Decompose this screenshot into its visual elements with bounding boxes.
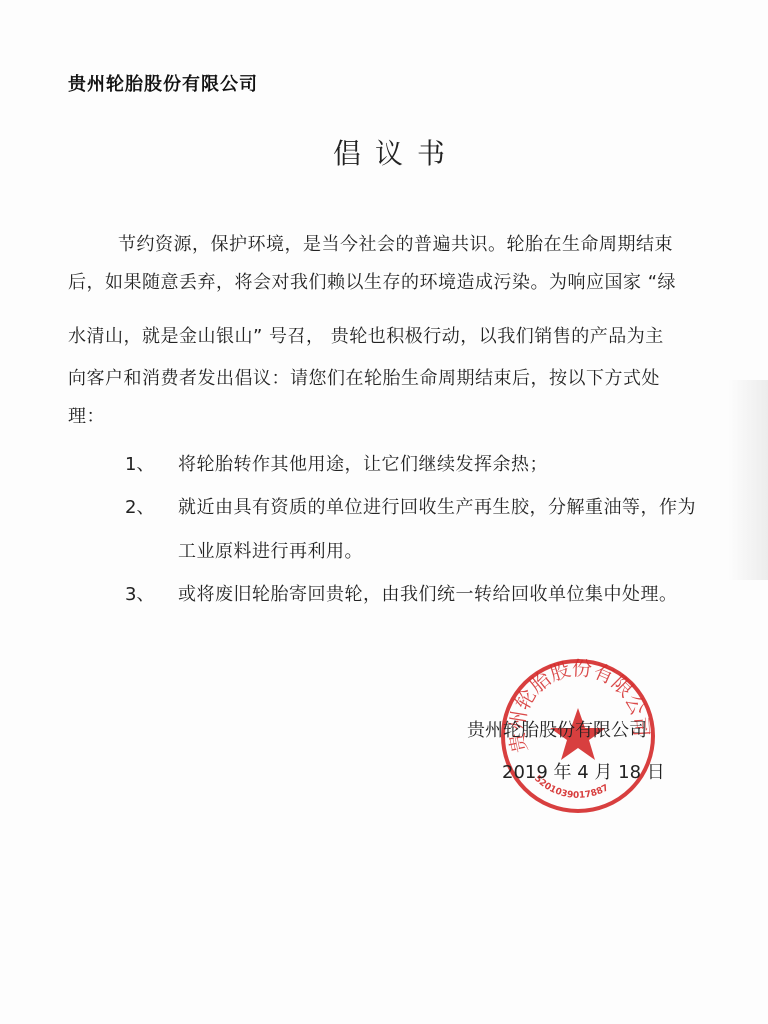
document-title: 倡议书 <box>0 132 768 172</box>
list-item-text: 或将废旧轮胎寄回贵轮，由我们统一转给回收单位集中处理。 <box>178 580 678 606</box>
list-item-text: 就近由具有资质的单位进行回收生产再生胶，分解重油等，作为 <box>178 493 696 519</box>
paragraph-line: 节约资源，保护环境，是当今社会的普遍共识。轮胎在生命周期结束 <box>118 230 673 256</box>
list-item-text: 工业原料进行再利用。 <box>178 537 363 563</box>
paper-shadow <box>728 380 768 580</box>
list-number: 3、 <box>125 580 154 606</box>
paragraph-line: 理： <box>68 402 105 428</box>
paragraph-line: 后，如果随意丢弃，将会对我们赖以生存的环境造成污染。为响应国家 “绿 <box>68 268 676 294</box>
company-header: 贵州轮胎股份有限公司 <box>68 70 258 96</box>
paragraph-line: 向客户和消费者发出倡议：请您们在轮胎生命周期结束后，按以下方式处 <box>68 364 660 390</box>
signature-company: 贵州轮胎股份有限公司 <box>467 716 647 742</box>
signature-date: 2019 年 4 月 18 日 <box>502 758 665 784</box>
list-number: 2、 <box>125 493 154 519</box>
list-item-text: 将轮胎转作其他用途，让它们继续发挥余热； <box>178 450 548 476</box>
paragraph-line: 水清山，就是金山银山” 号召， 贵轮也积极行动，以我们销售的产品为主 <box>68 322 664 348</box>
list-number: 1、 <box>125 450 154 476</box>
